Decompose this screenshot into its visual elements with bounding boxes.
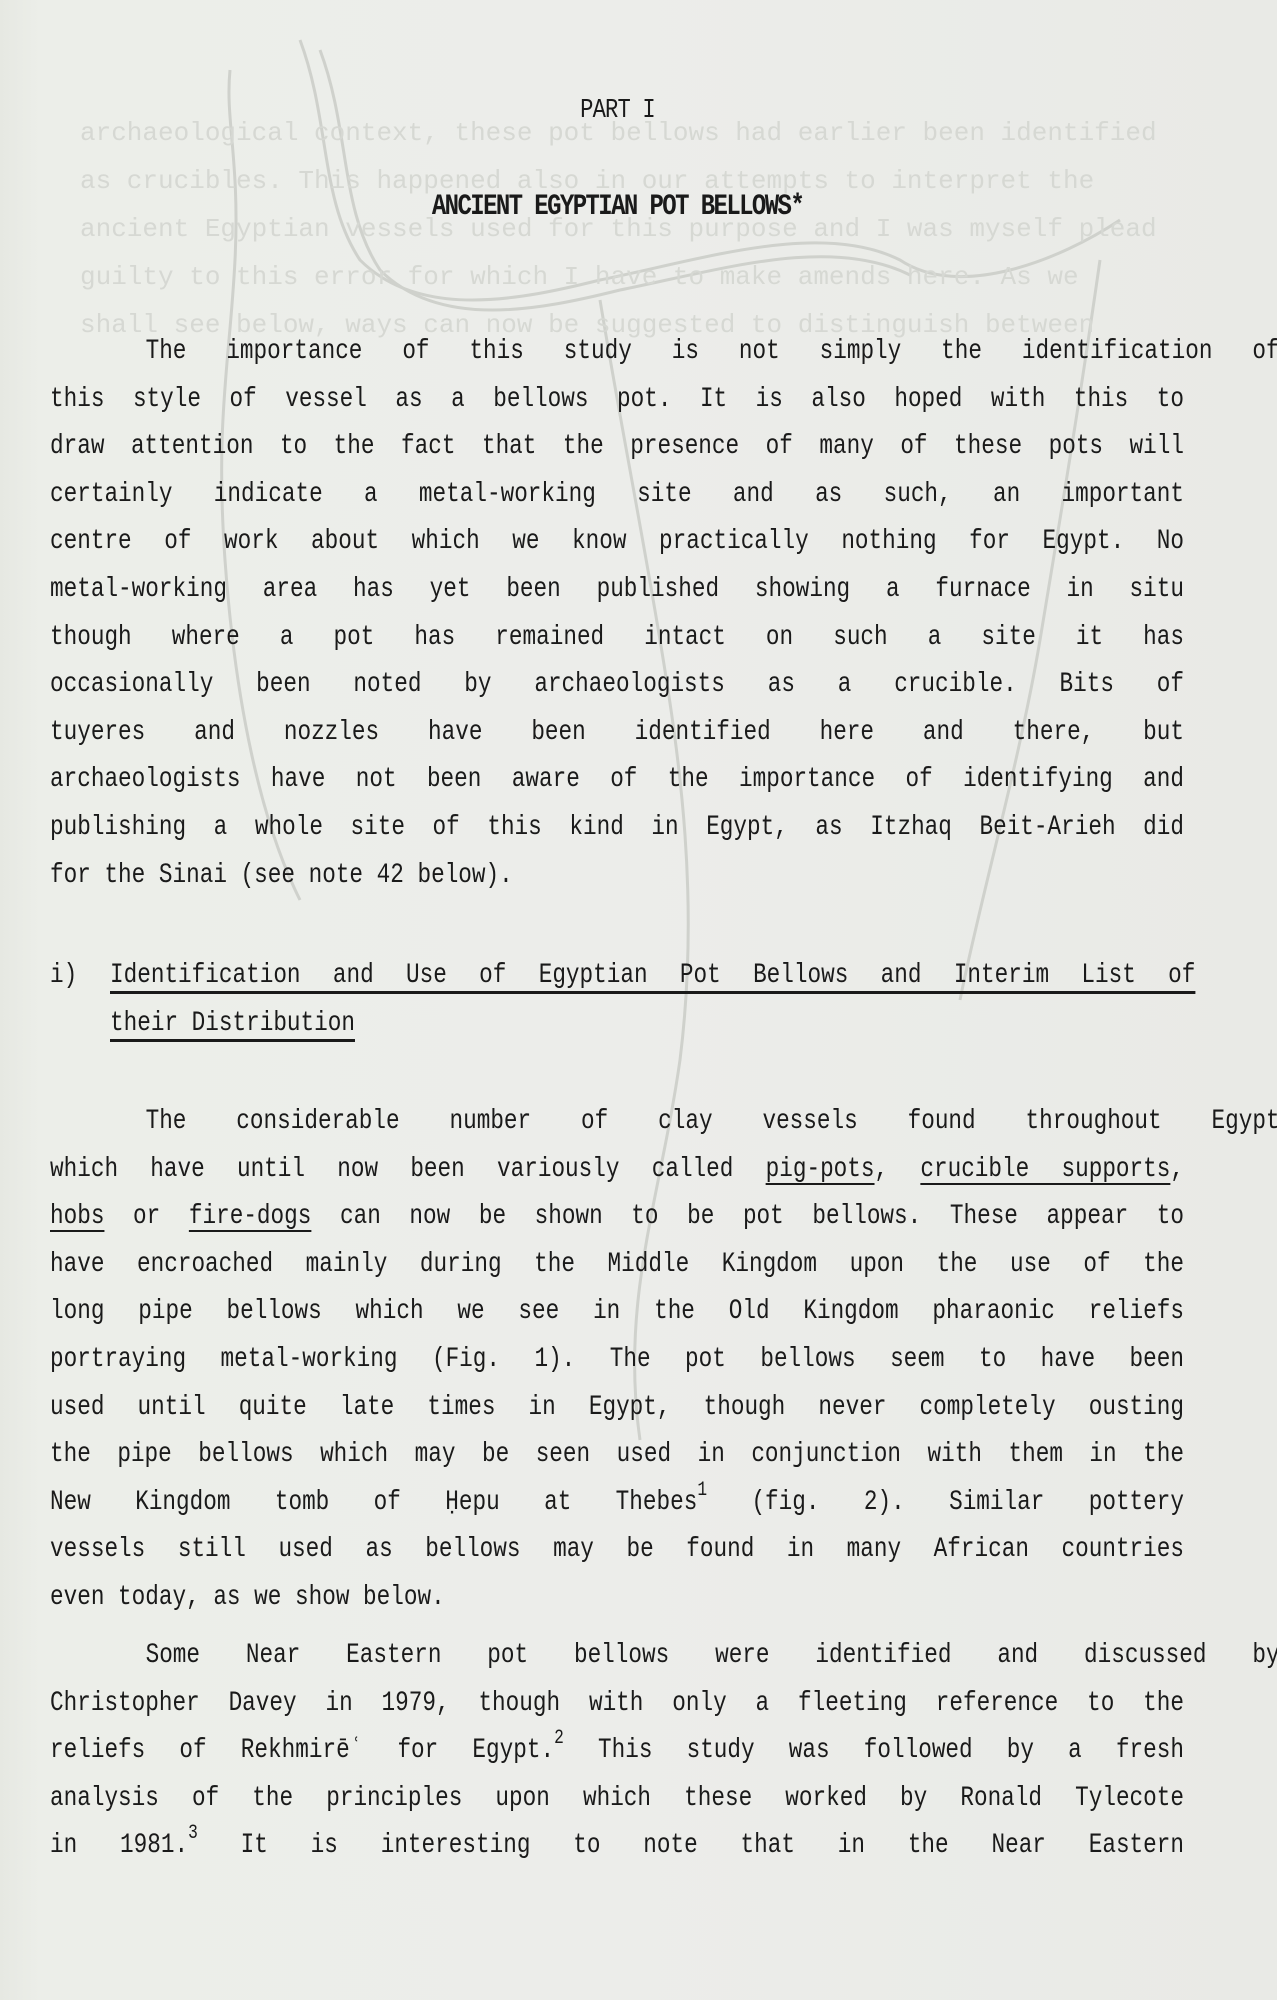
text-line: Christopher Davey in 1979, though with o… <box>50 1680 1184 1728</box>
text-line: even today, as we show below. <box>50 1574 1184 1622</box>
paragraph-intro: The importance of this study is not simp… <box>50 328 1185 899</box>
footnote-ref-2: 2 <box>554 1727 564 1750</box>
text-line: occasionally been noted by archaeologist… <box>50 661 1184 709</box>
paragraph-near-eastern: Some Near Eastern pot bellows were ident… <box>50 1632 1185 1870</box>
text-line: used until quite late times in Egypt, th… <box>50 1384 1184 1432</box>
section-heading-line: Identification and Use of Egyptian Pot B… <box>110 952 1195 1000</box>
term-hobs: hobs <box>50 1201 104 1232</box>
text-line: vessels still used as bellows may be fou… <box>50 1526 1184 1574</box>
text-line: though where a pot has remained intact o… <box>50 614 1184 662</box>
term-fire-dogs: fire-dogs <box>189 1201 311 1232</box>
chapter-title: ANCIENT EGYPTIAN POT BELLOWS* <box>164 190 1072 224</box>
text-line: hobs or fire-dogs can now be shown to be… <box>50 1193 1184 1241</box>
text-line: draw attention to the fact that the pres… <box>50 423 1184 471</box>
text-line: publishing a whole site of this kind in … <box>50 804 1184 852</box>
text-line: centre of work about which we know pract… <box>50 518 1184 566</box>
section-number: i) <box>50 952 77 999</box>
paragraph-identification: The considerable number of clay vessels … <box>50 1098 1185 1622</box>
text-line: The considerable number of clay vessels … <box>50 1098 1277 1146</box>
text-line: this style of vessel as a bellows pot. I… <box>50 376 1184 424</box>
text-line: certainly indicate a metal-working site … <box>50 471 1184 519</box>
text-line: portraying metal-working (Fig. 1). The p… <box>50 1336 1184 1384</box>
svg-text:guilty to this error for which: guilty to this error for which I have to… <box>80 262 1079 292</box>
text-line: reliefs of Rekhmirēʿ for Egypt.2 This st… <box>50 1727 1184 1775</box>
text-line: metal-working area has yet been publishe… <box>50 566 1184 614</box>
term-pig-pots: pig-pots <box>766 1154 875 1185</box>
text-line: for the Sinai (see note 42 below). <box>50 852 1184 900</box>
footnote-ref-3: 3 <box>188 1822 198 1845</box>
text-line: the pipe bellows which may be seen used … <box>50 1431 1184 1479</box>
footnote-ref-1: 1 <box>697 1479 707 1502</box>
text-line: long pipe bellows which we see in the Ol… <box>50 1288 1184 1336</box>
text-line: New Kingdom tomb of Ḥepu at Thebes1 (fig… <box>50 1479 1184 1527</box>
text-line: have encroached mainly during the Middle… <box>50 1241 1184 1289</box>
text-line: The importance of this study is not simp… <box>50 328 1277 376</box>
part-label: PART I <box>152 96 1083 126</box>
section-heading-line: their Distribution <box>110 1000 1195 1048</box>
text-line: tuyeres and nozzles have been identified… <box>50 709 1184 757</box>
text-line: which have until now been variously call… <box>50 1146 1184 1194</box>
term-crucible-supports: crucible supports <box>920 1154 1170 1185</box>
text-line: analysis of the principles upon which th… <box>50 1775 1184 1823</box>
text-line: archaeologists have not been aware of th… <box>50 756 1184 804</box>
text-line: Some Near Eastern pot bellows were ident… <box>50 1632 1277 1680</box>
text-line: in 1981.3 It is interesting to note that… <box>50 1822 1184 1870</box>
